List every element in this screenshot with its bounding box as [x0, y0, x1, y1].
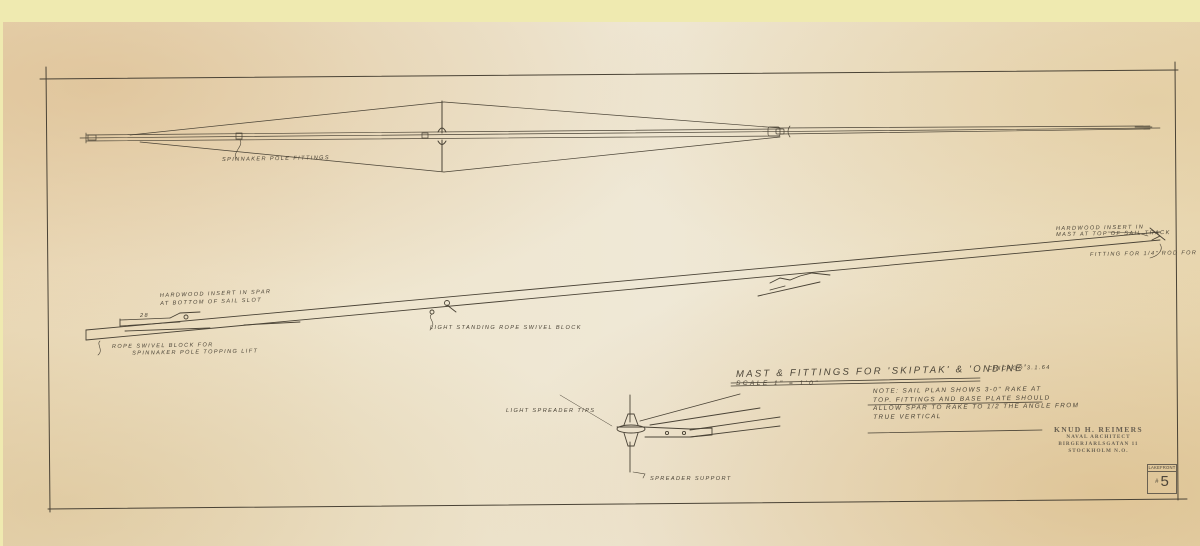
rope-swivel-label: ROPE SWIVEL BLOCK FOR SPINNAKER POLE TOP…: [112, 341, 259, 358]
drawing-note: NOTE: SAIL PLAN SHOWS 3-0" RAKE AT TOP. …: [873, 385, 1080, 422]
stamp-role: NAVAL ARCHITECT: [1054, 434, 1143, 441]
drawing-date: CHICAGO 3.1.64: [988, 365, 1051, 372]
sheet-hash: #: [1155, 479, 1158, 485]
dimension-label: 28: [140, 313, 149, 319]
hardwood-insert-top-label: HARDWOOD INSERT IN MAST AT TOP OF SAIL T…: [1056, 224, 1171, 238]
technical-drawing: [0, 0, 1200, 546]
sheet-box-label: LAKEFRONT: [1148, 465, 1176, 472]
spreader-tip-label: LIGHT SPREADER TIPS: [506, 408, 595, 414]
sheet-number: #5: [1148, 472, 1176, 492]
stamp-street: BIRGERJARLSGATAN 11: [1054, 441, 1143, 448]
stamp-city: STOCKHOLM N.O.: [1054, 448, 1143, 455]
spreader-support-label: SPREADER SUPPORT: [650, 476, 732, 482]
stamp-name: KNUD H. REIMERS: [1054, 425, 1143, 434]
sheet-number-value: 5: [1161, 473, 1169, 490]
spreader-detail-drawing: [560, 394, 780, 478]
blueprint-page: SPINNAKER POLE FITTINGS HARDWOOD INSERT …: [0, 0, 1200, 546]
architect-stamp: KNUD H. REIMERS NAVAL ARCHITECT BIRGERJA…: [1054, 425, 1143, 455]
sheet-number-box: LAKEFRONT #5: [1147, 464, 1177, 494]
standing-rope-label: LIGHT STANDING ROPE SWIVEL BLOCK: [430, 325, 582, 331]
drawing-scale: SCALE 1" = 1'0": [736, 380, 820, 387]
